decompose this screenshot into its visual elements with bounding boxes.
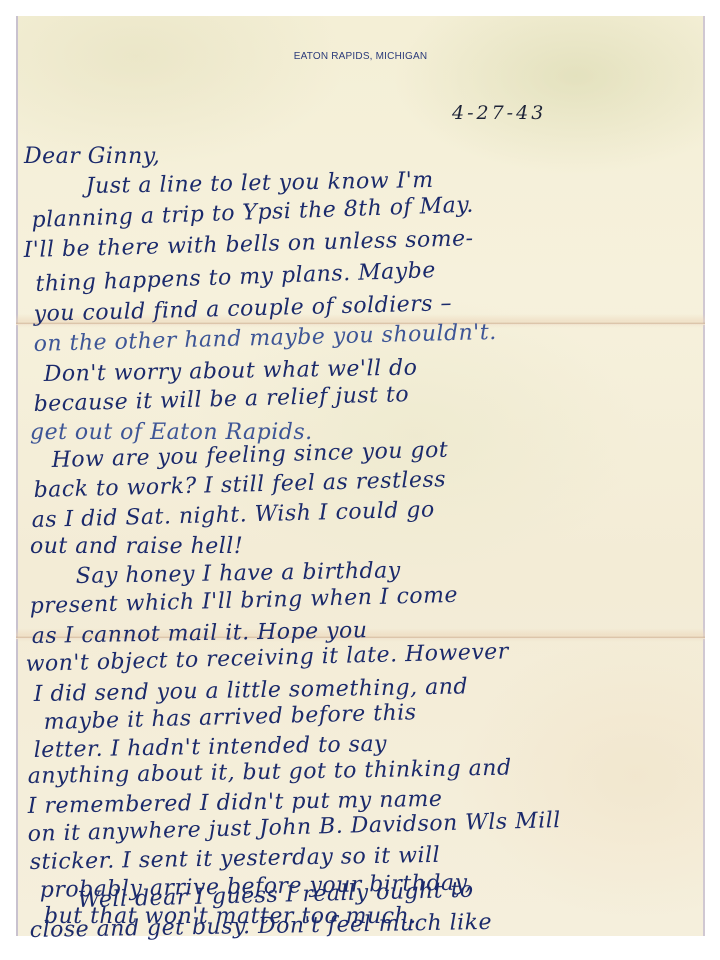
letter-line: as I did Sat. night. Wish I could go	[31, 497, 435, 533]
letter-line: thing happens to my plans. Maybe	[35, 258, 436, 297]
letter-line: because it will be a relief just to	[33, 382, 409, 417]
salutation: Dear Ginny,	[24, 144, 160, 169]
letter-line: Just a line to let you know I'm	[86, 168, 434, 199]
letter-line: Say honey I have a birthday	[76, 558, 401, 589]
letter-line: sticker. I sent it yesterday so it will	[30, 843, 441, 875]
letter-date: 4-27-43	[452, 102, 546, 124]
letterhead: EATON RAPIDS, MICHIGAN	[16, 51, 705, 62]
letter-line: back to work? I still feel as restless	[33, 467, 446, 503]
letter-line: Don't worry about what we'll do	[44, 355, 418, 387]
letter-page: EATON RAPIDS, MICHIGAN 4-27-43 Dear Ginn…	[16, 16, 705, 936]
letter-line: I'll be there with bells on unless some-	[23, 226, 474, 263]
letter-line: out and raise hell!	[30, 534, 243, 559]
